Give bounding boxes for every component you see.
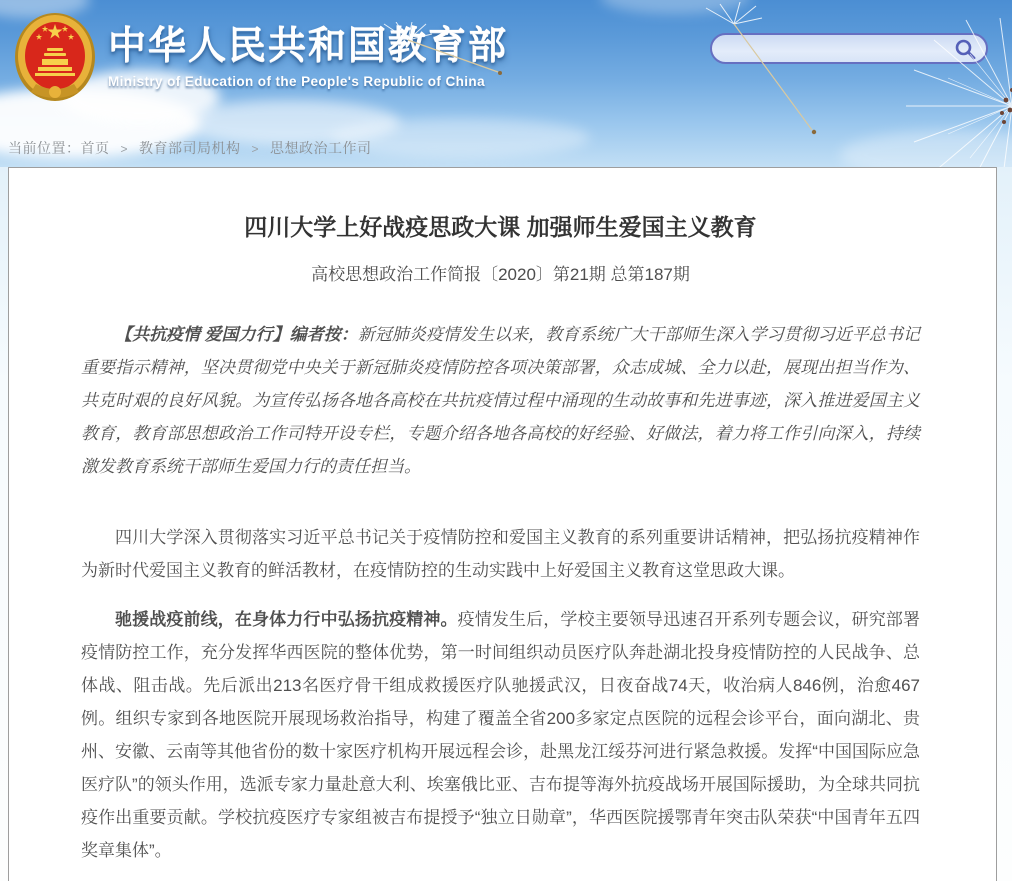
breadcrumb-label: 当前位置： bbox=[8, 140, 81, 156]
paragraph-text: 四川大学深入贯彻落实习近平总书记关于疫情防控和爱国主义教育的系列重要讲话精神，把… bbox=[81, 528, 920, 580]
breadcrumb-item-current[interactable]: 思想政治工作司 bbox=[270, 140, 372, 156]
breadcrumb: 当前位置：首页>教育部司局机构>思想政治工作司 bbox=[8, 138, 372, 158]
search-input[interactable] bbox=[724, 37, 948, 60]
editor-note-paragraph: 【共抗疫情 爱国力行】编者按：新冠肺炎疫情发生以来，教育系统广大干部师生深入学习… bbox=[81, 318, 920, 483]
search-box[interactable] bbox=[710, 33, 988, 64]
cloud-decoration bbox=[840, 130, 1012, 167]
breadcrumb-item-home[interactable]: 首页 bbox=[81, 140, 110, 156]
breadcrumb-separator: > bbox=[252, 142, 260, 156]
site-title-block[interactable]: 中华人民共和国教育部 Ministry of Education of the … bbox=[108, 14, 508, 89]
site-header: 中华人民共和国教育部 Ministry of Education of the … bbox=[0, 0, 1012, 167]
national-emblem-icon bbox=[14, 10, 96, 106]
paragraph-text: 疫情发生后，学校主要领导迅速召开系列专题会议，研究部署疫情防控工作，充分发挥华西… bbox=[81, 610, 920, 860]
paragraph-lead: 驰援战疫前线，在身体力行中弘扬抗疫精神。 bbox=[115, 610, 458, 629]
cloud-decoration bbox=[600, 0, 750, 14]
editor-note-text: 新冠肺炎疫情发生以来，教育系统广大干部师生深入学习贯彻习近平总书记重要指示精神，… bbox=[81, 325, 920, 476]
article-title: 四川大学上好战疫思政大课 加强师生爱国主义教育 bbox=[81, 212, 920, 242]
home-logo-link[interactable] bbox=[14, 10, 96, 111]
article-paragraph: 四川大学深入贯彻落实习近平总书记关于疫情防控和爱国主义教育的系列重要讲话精神，把… bbox=[81, 521, 920, 587]
site-title: 中华人民共和国教育部 bbox=[108, 14, 508, 69]
dandelion-seed-icon bbox=[700, 2, 850, 152]
editor-note-lead: 【共抗疫情 爱国力行】编者按： bbox=[115, 325, 358, 344]
article-paragraph: 驰援战疫前线，在身体力行中弘扬抗疫精神。疫情发生后，学校主要领导迅速召开系列专题… bbox=[81, 603, 920, 867]
search-icon[interactable] bbox=[953, 37, 977, 61]
site-subtitle: Ministry of Education of the People's Re… bbox=[108, 74, 508, 89]
article-body: 【共抗疫情 爱国力行】编者按：新冠肺炎疫情发生以来，教育系统广大干部师生深入学习… bbox=[81, 318, 920, 867]
breadcrumb-separator: > bbox=[121, 142, 129, 156]
article-container: 四川大学上好战疫思政大课 加强师生爱国主义教育 高校思想政治工作简报〔2020〕… bbox=[8, 167, 997, 881]
breadcrumb-item-departments[interactable]: 教育部司局机构 bbox=[139, 140, 241, 156]
article-subtitle: 高校思想政治工作简报〔2020〕第21期 总第187期 bbox=[81, 264, 920, 286]
